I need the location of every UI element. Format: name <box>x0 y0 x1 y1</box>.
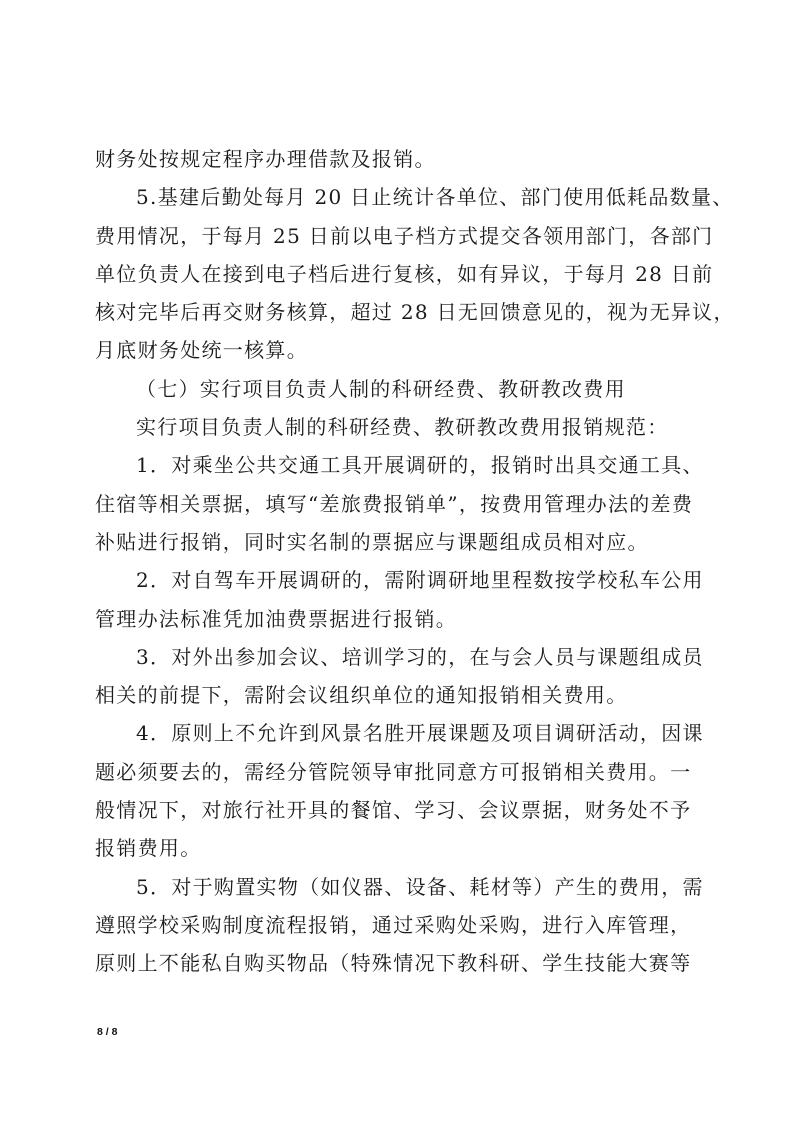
text-line: 2．对自驾车开展调研的，需附调研地里程数按学校私车公用 <box>95 561 701 599</box>
document-body: 财务处按规定程序办理借款及报销。5.基建后勤处每月 20 日止统计各单位、部门使… <box>95 140 701 983</box>
text-line: 5.基建后勤处每月 20 日止统计各单位、部门使用低耗品数量、 <box>95 178 701 216</box>
text-line: 相关的前提下，需附会议组织单位的通知报销相关费用。 <box>95 676 701 714</box>
text-line: 5．对于购置实物（如仪器、设备、耗材等）产生的费用，需 <box>95 868 701 906</box>
text-line: 住宿等相关票据，填写“差旅费报销单”，按费用管理办法的差费 <box>95 485 701 523</box>
text-line: 核对完毕后再交财务核算，超过 28 日无回馈意见的，视为无异议， <box>95 293 701 331</box>
text-line: 费用情况，于每月 25 日前以电子档方式提交各领用部门，各部门 <box>95 217 701 255</box>
paragraph: 2．对自驾车开展调研的，需附调研地里程数按学校私车公用管理办法标准凭加油费票据进… <box>95 561 701 638</box>
paragraph: 实行项目负责人制的科研经费、教研教改费用报销规范： <box>95 408 701 446</box>
text-line: 管理办法标准凭加油费票据进行报销。 <box>95 600 701 638</box>
text-line: 遵照学校采购制度流程报销，通过采购处采购，进行入库管理， <box>95 906 701 944</box>
text-line: 月底财务处统一核算。 <box>95 331 701 369</box>
text-line: 题必须要去的，需经分管院领导审批同意方可报销相关费用。一 <box>95 753 701 791</box>
paragraph: 5．对于购置实物（如仪器、设备、耗材等）产生的费用，需遵照学校采购制度流程报销，… <box>95 868 701 983</box>
page-number: 8 / 8 <box>97 1026 117 1038</box>
text-line: 原则上不能私自购买物品（特殊情况下教科研、学生技能大赛等 <box>95 944 701 982</box>
text-line: 4．原则上不允许到风景名胜开展课题及项目调研活动，因课 <box>95 714 701 752</box>
paragraph: 1．对乘坐公共交通工具开展调研的，报销时出具交通工具、住宿等相关票据，填写“差旅… <box>95 446 701 561</box>
text-line: 报销费用。 <box>95 829 701 867</box>
text-line: 实行项目负责人制的科研经费、教研教改费用报销规范： <box>95 408 701 446</box>
text-line: 1．对乘坐公共交通工具开展调研的，报销时出具交通工具、 <box>95 446 701 484</box>
text-line: 单位负责人在接到电子档后进行复核，如有异议，于每月 28 日前 <box>95 255 701 293</box>
text-line: （七）实行项目负责人制的科研经费、教研教改费用 <box>95 370 701 408</box>
paragraph: 4．原则上不允许到风景名胜开展课题及项目调研活动，因课题必须要去的，需经分管院领… <box>95 714 701 867</box>
text-line: 3．对外出参加会议、培训学习的，在与会人员与课题组成员 <box>95 638 701 676</box>
document-page: 财务处按规定程序办理借款及报销。5.基建后勤处每月 20 日止统计各单位、部门使… <box>0 0 793 1122</box>
text-line: 般情况下，对旅行社开具的餐馆、学习、会议票据，财务处不予 <box>95 791 701 829</box>
paragraph: 3．对外出参加会议、培训学习的，在与会人员与课题组成员相关的前提下，需附会议组织… <box>95 638 701 715</box>
paragraph: （七）实行项目负责人制的科研经费、教研教改费用 <box>95 370 701 408</box>
paragraph: 5.基建后勤处每月 20 日止统计各单位、部门使用低耗品数量、费用情况，于每月 … <box>95 178 701 369</box>
paragraph: 财务处按规定程序办理借款及报销。 <box>95 140 701 178</box>
text-line: 财务处按规定程序办理借款及报销。 <box>95 140 701 178</box>
text-line: 补贴进行报销，同时实名制的票据应与课题组成员相对应。 <box>95 523 701 561</box>
